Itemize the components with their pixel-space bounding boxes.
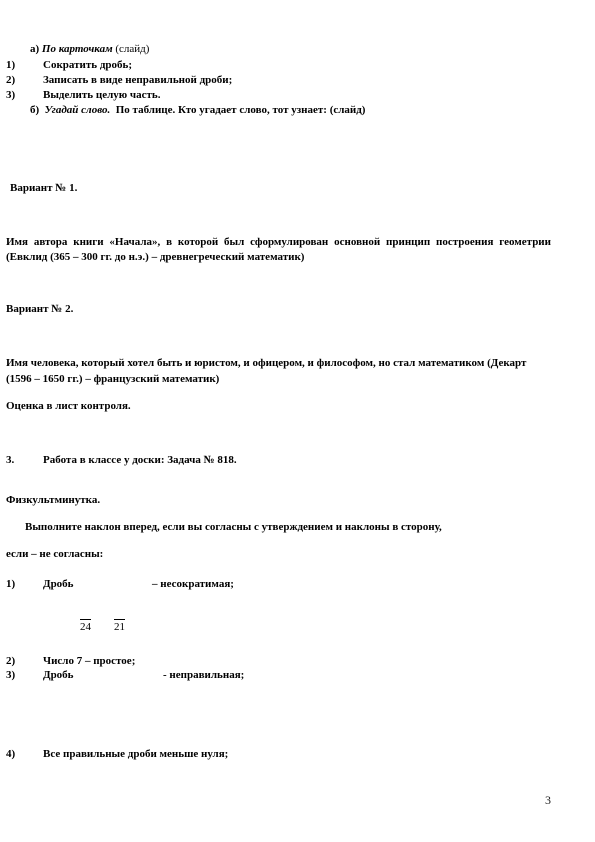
section-b-marker: б) [30, 104, 39, 116]
page-number: 3 [545, 793, 551, 808]
statement-number: 1) [6, 578, 15, 591]
section-a-title: По карточкам [42, 43, 113, 55]
section-a-note: (слайд) [115, 43, 149, 55]
fraction-denominator: 21 [114, 619, 125, 633]
exercise-title: Физкультминутка. [6, 494, 100, 507]
variant2-line2: (1596 – 1650 гг.) – французский математи… [6, 373, 219, 386]
step-number: 2) [6, 74, 15, 87]
section-a-heading: а) По карточкам (слайд) [30, 43, 149, 56]
statement-suffix: - неправильная; [163, 669, 244, 682]
fraction-denominator: 24 [80, 619, 91, 633]
section-a-marker: а) [30, 43, 39, 55]
statement-text: Число 7 – простое; [43, 655, 135, 668]
section-b-title: Угадай слово. [45, 104, 111, 116]
variant2-title: Вариант № 2. [6, 303, 73, 316]
statement-suffix: – несократимая; [152, 578, 234, 591]
grades-note: Оценка в лист контроля. [6, 400, 131, 413]
section-b-text: По таблице. Кто угадает слово, тот узнае… [116, 104, 366, 116]
step-text: Выделить целую часть. [43, 89, 160, 102]
task3-number: 3. [6, 454, 14, 467]
step-text: Записать в виде неправильной дроби; [43, 74, 232, 87]
variant1-title: Вариант № 1. [10, 182, 77, 195]
variant1-line2: (Евклид (365 – 300 гг. до н.э.) – древне… [6, 251, 304, 264]
step-number: 1) [6, 59, 15, 72]
exercise-line1: Выполните наклон вперед, если вы согласн… [25, 521, 442, 534]
exercise-line2: если – не согласны: [6, 548, 103, 561]
variant1-line1: Имя автора книги «Начала», в которой был… [6, 236, 551, 249]
statement-number: 3) [6, 669, 15, 682]
section-b-heading: б) Угадай слово. По таблице. Кто угадает… [30, 104, 365, 117]
step-text: Сократить дробь; [43, 59, 132, 72]
statement-text: Все правильные дроби меньше нуля; [43, 748, 228, 761]
step-number: 3) [6, 89, 15, 102]
statement-number: 2) [6, 655, 15, 668]
statement-number: 4) [6, 748, 15, 761]
task3-text: Работа в классе у доски: Задача № 818. [43, 454, 237, 467]
variant2-line1: Имя человека, который хотел быть и юрист… [6, 357, 526, 370]
statement-text: Дробь [43, 578, 74, 591]
statement-text: Дробь [43, 669, 74, 682]
